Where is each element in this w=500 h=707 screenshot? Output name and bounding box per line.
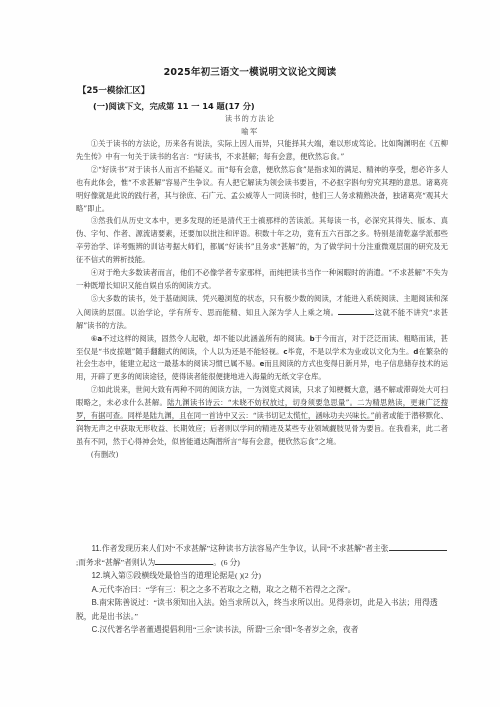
paragraph-7: ⑦如此说来，世间大致有两种不同的阅读方法，一为浏览式阅读，只求了知梗概大意，遇不… — [76, 384, 448, 449]
paragraph-number: ② — [91, 165, 98, 174]
option-label: A. — [92, 585, 99, 594]
section-tag: 【25一模徐汇区】 — [78, 84, 149, 96]
paragraph-6: ⑥a不过这样的阅读，固然令人起敬，却不能以此涵盖所有的阅读。b于今而言，对于泛泛… — [76, 333, 448, 385]
question-11: 11.作者发现历来人们对“不求甚解”这种读书方法容易产生争议，认同“不求甚解”者… — [76, 542, 448, 569]
answer-blank-2[interactable] — [155, 556, 213, 565]
question-text: 填入第⑤段横线处最恰当的道理论据是( )(2 分) — [102, 571, 261, 580]
document-page: 2025年初三语文一模说明文议论文阅读 【25一模徐汇区】 (一)阅读下文，完成… — [0, 0, 500, 707]
questions-section: 11.作者发现历来人们对“不求甚解”这种读书方法容易产生争议，认同“不求甚解”者… — [76, 542, 448, 637]
option-b: B.南宋陈善说过：“读书须知出入法。始当求所以入，终当求所以出。见得亲切，此是入… — [76, 596, 448, 623]
paragraph-text: 对于绝大多数读者而言，他们不必像学者专家那样，而纯把读书当作一种闲暇时的消遣。“… — [76, 268, 448, 290]
question-text: 作者发现历来人们对“不求甚解”这种读书方法容易产生争议，认同“不求甚解”者主张 — [102, 544, 389, 553]
source-note: (有删改) — [76, 449, 448, 462]
paragraph-3: ③然我们从历史文本中，更多发现的还是清代王士禛那样的苦读派。其每读一书，必深究其… — [76, 215, 448, 267]
option-text: 元代李冶曰：“学有三：积之之多不若取之之精，取之之精不若得之之深”。 — [99, 585, 355, 594]
article-body: ①关于读书的方法论，历来各有说法，实际上因人而异，只能择其大端，难以形成笃论。比… — [76, 138, 448, 462]
question-12: 12.填入第⑤段横线处最恰当的道理论据是( )(2 分) — [76, 569, 448, 583]
document-title: 2025年初三语文一模说明文议论文阅读 — [0, 64, 500, 78]
option-a: A.元代李冶曰：“学有三：积之之多不若取之之精，取之之精不若得之之深”。 — [76, 583, 448, 597]
paragraph-text: 然我们从历史文本中，更多发现的还是清代王士禛那样的苦读派。其每读一书，必深究其得… — [76, 216, 448, 264]
option-text: 汉代著名学者董遇提倡利用“三余”读书法，所谓“三余”即“冬者岁之余，夜者 — [99, 625, 358, 634]
article-title: 读书的方法论 — [0, 114, 500, 124]
paragraph-4: ④对于绝大多数读者而言，他们不必像学者专家那样，而纯把读书当作一种闲暇时的消遣。… — [76, 267, 448, 293]
paragraph-5: ⑤大多数的读书，处于基础阅读、凭兴趣浏览的状态，只有极少数的阅读，才能进入系统阅… — [76, 293, 448, 333]
answer-blank-1[interactable] — [389, 542, 447, 551]
option-text: 南宋陈善说过：“读书须知出入法。始当求所以入，终当求所以出。见得亲切，此是入书法… — [76, 598, 438, 621]
part-heading: (一)阅读下文，完成第 11 一 14 题(17 分) — [93, 101, 255, 112]
article-author: 喻军 — [0, 127, 500, 137]
fill-in-blank — [338, 306, 374, 315]
sentence-c: 毕竟，不是以学术为业或以文化为生。 — [288, 347, 414, 356]
question-text: ;而务求“甚解”者则认为 — [76, 558, 155, 567]
paragraph-2: ②“好读书”对于读书人而言不掐疑义。而“每有会意，便欣然忘食”是指求知的满足、精… — [76, 164, 448, 216]
paragraph-text: 关于读书的方法论，历来各有说法，实际上因人而异，只能择其大端，难以形成笃论。比如… — [76, 139, 448, 161]
paragraph-1: ①关于读书的方法论，历来各有说法，实际上因人而异，只能择其大端，难以形成笃论。比… — [76, 138, 448, 164]
question-number: 12. — [92, 571, 103, 580]
question-text: 。(6 分) — [213, 558, 240, 567]
option-c: C.汉代著名学者董遇提倡利用“三余”读书法，所谓“三余”即“冬者岁之余，夜者 — [76, 623, 448, 637]
paragraph-text: “好读书”对于读书人而言不掐疑义。而“每有会意，便欣然忘食”是指求知的满足、精神… — [76, 165, 448, 213]
option-label: B. — [92, 598, 99, 607]
sentence-a: 不过这样的阅读，固然令人起敬，却不能以此涵盖所有的阅读。 — [102, 334, 310, 343]
question-number: 11. — [92, 544, 102, 553]
